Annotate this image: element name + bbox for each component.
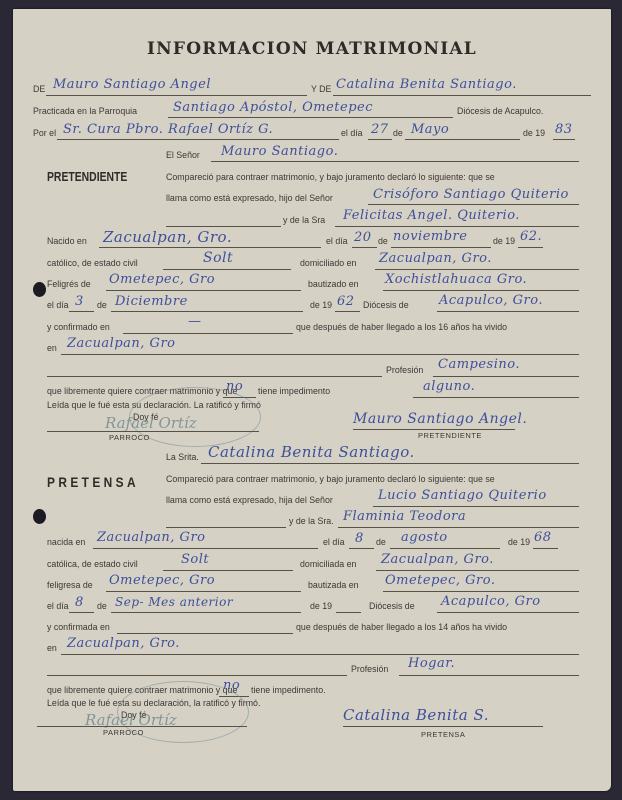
mes-line: [405, 139, 520, 140]
parroquia-label: Practicada en la Parroquia: [33, 106, 137, 117]
anio-nac-value: 62.: [520, 229, 542, 244]
por-el-line: [57, 139, 339, 140]
estado-civil-line: [163, 269, 291, 270]
dia-line: [368, 139, 392, 140]
el-dia2-label: el día: [47, 300, 69, 311]
bautizada-value: Ometepec, Gro.: [385, 573, 496, 588]
anio-nac-line: [518, 247, 543, 248]
bride-name-line: [333, 95, 591, 96]
parroco-label: PARROCO: [109, 433, 150, 442]
pretensa-sra-label: y de la Sra.: [289, 516, 334, 527]
nacido-label: Nacido en: [47, 236, 87, 247]
de2-label: de: [97, 300, 107, 311]
confirmado-line: [123, 333, 293, 334]
de-label-2: de: [393, 128, 403, 139]
domicilio-line: [375, 269, 579, 270]
pretensa-madre-value: Flaminia Teodora: [343, 509, 466, 524]
impedimento-line: [413, 397, 579, 398]
hijo-label: llama como está expresado, hijo del Seño…: [166, 193, 333, 204]
pretensa-dia-nac-line: [349, 548, 374, 549]
en-label: en: [47, 343, 57, 354]
confirmado-label: y confirmado en: [47, 322, 110, 333]
pretensa-dia-nac-value: 8: [355, 531, 364, 546]
pretensa-de-label: de: [376, 537, 386, 548]
pretensa-parroco-sig-line: [37, 726, 247, 727]
dia-nac-line: [352, 247, 377, 248]
sra-label: y de la Sra: [283, 215, 325, 226]
diocesis-value: Acapulco, Gro.: [439, 293, 543, 308]
pretensa-mes-nac-value: agosto: [401, 530, 448, 545]
pretensa-diocesis-label: Diócesis de: [369, 601, 415, 612]
nacido-value: Zacualpan, Gro.: [103, 228, 232, 246]
pretensa-mes-baut-line: [111, 612, 301, 613]
y-de-label: Y DE: [311, 84, 331, 95]
dia-baut-line: [69, 311, 94, 312]
groom-name-line: [46, 95, 307, 96]
vivido-value: Zacualpan, Gro: [67, 336, 175, 351]
parroquia-line: [168, 117, 453, 118]
pretensa-anio-baut-line: [336, 612, 361, 613]
pretensa-impedimento-label: tiene impedimento.: [251, 685, 326, 696]
madre-value: Felicitas Angel. Quiterio.: [343, 208, 520, 223]
pretensa-mes-nac-line: [390, 548, 500, 549]
pretensa-comparecio: Compareció para contraer matrimonio, y b…: [166, 474, 495, 485]
anio-value: 83: [555, 122, 573, 137]
pretensa-profesion-label: Profesión: [351, 664, 388, 675]
el-dia-label: el día: [326, 236, 348, 247]
pretendiente-sig-label: PRETENDIENTE: [418, 431, 482, 440]
diocesis-line: [437, 311, 579, 312]
blank-line-2: [47, 376, 382, 377]
mes-nac-value: noviembre: [393, 229, 467, 244]
pretensa-estado-civil-value: Solt: [181, 552, 209, 567]
pretensa-vivido-value: Zacualpan, Gro.: [67, 636, 180, 651]
pretensa-diocesis-value: Acapulco, Gro: [441, 594, 541, 609]
bautizada-label: bautizada en: [308, 580, 359, 591]
pretensa-sig-label: PRETENSA: [421, 730, 465, 739]
pretendiente-signature: Mauro Santiago Angel.: [353, 411, 527, 427]
catolico-label: católico, de estado civil: [47, 258, 138, 269]
pretensa-padre-value: Lucio Santiago Quiterio: [378, 488, 547, 503]
feligresa-label: feligresa de: [47, 580, 93, 591]
pretensa-de2-label: de: [97, 601, 107, 612]
vivido-line: [61, 354, 579, 355]
anio-label: de 19: [523, 128, 545, 139]
groom-name: Mauro Santiago Angel: [53, 77, 211, 92]
document-title: INFORMACION MATRIMONIAL: [13, 39, 611, 59]
por-el-value: Sr. Cura Pbro. Rafael Ortíz G.: [63, 122, 273, 137]
anio-baut-line: [335, 311, 360, 312]
padre-line: [368, 204, 579, 205]
blank-line: [166, 226, 281, 227]
confirmada-line: [117, 633, 293, 634]
pretensa-el-dia2-label: el día: [47, 601, 69, 612]
impedimento-value: alguno.: [423, 379, 475, 394]
parroquia-value: Santiago Apóstol, Ometepec: [173, 100, 373, 115]
pretensa-estado-civil-line: [163, 570, 293, 571]
mes-baut-line: [111, 311, 303, 312]
senor-line: [211, 161, 579, 162]
bride-name: Catalina Benita Santiago.: [336, 77, 517, 92]
pretensa-padre-line: [373, 506, 579, 507]
catolica-label: católica, de estado civil: [47, 559, 138, 570]
parroco-sig-line: [47, 431, 259, 432]
pretensa-despues-label: que después de haber llegado a los 14 añ…: [296, 622, 507, 633]
srita-line: [201, 463, 579, 464]
diocesis2-label: Diócesis de: [363, 300, 409, 311]
mes-nac-line: [391, 247, 491, 248]
document-page: INFORMACION MATRIMONIAL DE Mauro Santiag…: [13, 9, 611, 791]
bautizada-line: [383, 591, 579, 592]
parroco-signature: Rafael Ortíz: [105, 414, 197, 432]
nacida-label: nacida en: [47, 537, 85, 548]
pretensa-blank-line: [166, 527, 286, 528]
pretensa-signature: Catalina Benita S.: [343, 706, 489, 724]
feligres-line: [106, 290, 301, 291]
feligresa-value: Ometepec, Gro: [109, 573, 215, 588]
pretensa-vivido-line: [61, 654, 579, 655]
bautizado-label: bautizado en: [308, 279, 359, 290]
feligresa-line: [106, 591, 301, 592]
senor-value: Mauro Santiago.: [221, 144, 338, 159]
pretensa-domicilio-line: [376, 570, 579, 571]
confirmada-label: y confirmada en: [47, 622, 110, 633]
de-label: DE: [33, 84, 45, 95]
feligres-label: Feligrés de: [47, 279, 91, 290]
padre-value: Crisóforo Santiago Quiterio: [373, 187, 569, 202]
pretensa-anio-nac-line: [533, 548, 558, 549]
impedimento-label: tiene impedimento: [258, 386, 330, 397]
dia-baut-value: 3: [75, 294, 84, 309]
nacido-line: [99, 247, 321, 248]
pretensa-en-label: en: [47, 643, 57, 654]
pretensa-dia-baut-value: 8: [75, 595, 84, 610]
anio-baut-value: 62: [337, 294, 355, 309]
pretensa-blank-line-2: [47, 675, 347, 676]
profesion-value: Campesino.: [438, 357, 520, 372]
pretensa-profesion-line: [399, 675, 579, 676]
srita-value: Catalina Benita Santiago.: [208, 443, 415, 461]
domiciliada-label: domiciliada en: [300, 559, 356, 570]
dia-value: 27: [371, 122, 389, 137]
pretensa-de19-label: de 19: [508, 537, 530, 548]
nacida-value: Zacualpan, Gro: [97, 530, 205, 545]
por-el-label: Por el: [33, 128, 56, 139]
mes-value: Mayo: [411, 122, 449, 137]
pretensa-diocesis-line: [437, 612, 579, 613]
feligres-value: Ometepec, Gro: [109, 272, 215, 287]
diocesis-label: Diócesis de Acapulco.: [457, 106, 543, 117]
pretensa-de19b-label: de 19: [310, 601, 332, 612]
domiciliado-label: domiciliado en: [300, 258, 356, 269]
estado-civil-value: Solt: [203, 250, 233, 266]
srita-label: La Srita.: [166, 452, 199, 463]
dia-label: el día: [341, 128, 363, 139]
mes-baut-value: Diciembre: [115, 294, 188, 309]
senor-label: El Señor: [166, 150, 200, 161]
despues-label: que después de haber llegado a los 16 añ…: [296, 322, 507, 333]
pretensa-domicilio-value: Zacualpan, Gro.: [381, 552, 494, 567]
nacida-line: [93, 548, 318, 549]
punch-hole: [33, 282, 46, 297]
pretendiente-sig-line: [353, 429, 515, 430]
domicilio-value: Zacualpan, Gro.: [379, 251, 492, 266]
pretensa-madre-line: [338, 527, 579, 528]
dia-nac-value: 20: [354, 230, 372, 245]
pretensa-sig-line: [343, 726, 543, 727]
confirmado-value: —: [188, 314, 202, 329]
pretendiente-comparecio: Compareció para contraer matrimonio, y b…: [166, 172, 495, 183]
pretensa-el-dia-label: el día: [323, 537, 345, 548]
pretensa-profesion-value: Hogar.: [408, 656, 455, 671]
de19-label: de 19: [493, 236, 515, 247]
pretensa-section-label: PRETENSA: [47, 474, 139, 490]
hija-label: llama como está expresado, hija del Seño…: [166, 495, 333, 506]
de-label: de: [378, 236, 388, 247]
madre-line: [335, 226, 579, 227]
de19b-label: de 19: [310, 300, 332, 311]
anio-line: [553, 139, 575, 140]
pretensa-parroco-label: PARROCO: [103, 728, 144, 737]
pretensa-dia-baut-line: [69, 612, 94, 613]
punch-hole: [33, 509, 46, 524]
bautizado-value: Xochistlahuaca Gro.: [385, 272, 527, 287]
pretensa-mes-baut-value: Sep- Mes anterior: [115, 595, 233, 609]
pretendiente-section-label: PRETENDIENTE: [47, 169, 127, 184]
profesion-label: Profesión: [386, 365, 423, 376]
bautizado-line: [383, 290, 579, 291]
profesion-line: [433, 376, 579, 377]
pretensa-anio-nac-value: 68: [534, 530, 552, 545]
